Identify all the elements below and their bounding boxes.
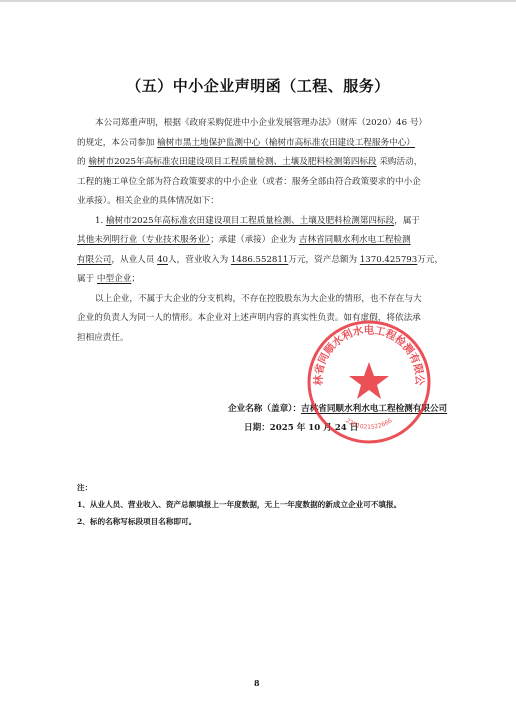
note-item-2: 2、标的名称写标段项目名称即可。 [77, 513, 401, 530]
declaration-body: 本公司郑重声明，根据《政府采购促进中小企业发展管理办法》（财库（2020）46 … [77, 114, 437, 348]
revenue-value: 1486.552811 [231, 255, 288, 265]
signature-date: 日期：2025 年 10 月 24 日 [228, 419, 447, 438]
project-name: 榆树市2025年高标准农田建设项目工程质量检测、土壤及肥料检测第四标段 [88, 157, 376, 167]
statement-line-3: 担相应责任。 [77, 329, 437, 349]
text-segment: 采购活动， [377, 157, 423, 167]
company-signature-line: 企业名称（盖章）：吉林省同顺水利水电工程检测有限公司 [228, 400, 447, 419]
purchaser-name: 榆树市黑土地保护监测中心（榆树市高标准农田建设工程服务中心） [157, 138, 415, 148]
top-border [0, 0, 516, 2]
item1-line-1: 1. 榆树市2025年高标准农田建设项目工程质量检测、土壤及肥料检测第四标段，属… [77, 212, 437, 232]
declaration-line-5: 业承接）。相关企业的具体情况如下： [77, 192, 437, 212]
company-name-part2: 有限公司 [77, 255, 111, 265]
industry: 其他未列明行业（专业技术服务业） [77, 235, 210, 245]
text-segment: ；承建（承接）企业为 [210, 235, 299, 245]
document-title: （五）中小企业声明函（工程、服务） [0, 75, 516, 96]
declaration-line-1: 本公司郑重声明，根据《政府采购促进中小企业发展管理办法》（财库（2020）46 … [77, 114, 437, 134]
employee-count: 40 [157, 255, 168, 265]
signature-company: 吉林省同顺水利水电工程检测有限公司 [301, 404, 447, 414]
signature-block: 企业名称（盖章）：吉林省同顺水利水电工程检测有限公司 日期：2025 年 10 … [228, 400, 447, 438]
notes-section: 注： 1、从业人员、营业收入、资产总额填报上一年度数据，无上一年度数据的新成立企… [77, 479, 401, 530]
statement-line-1: 以上企业，不属于大企业的分支机构，不存在控股股东为大企业的情形，也不存在与大 [77, 290, 437, 310]
text-segment: 属于 [77, 274, 97, 284]
text-segment: ； [131, 274, 140, 284]
text-segment: 万元， [417, 255, 443, 265]
signature-label: 企业名称（盖章）： [228, 404, 301, 414]
text-segment: 的 [77, 157, 88, 167]
item-number: 1. [95, 216, 106, 226]
text-segment: 万元，资产总额为 [288, 255, 359, 265]
star-icon [349, 362, 389, 399]
declaration-line-4: 工程的施工单位全部为符合政策要求的中小企业（或者：服务全部由符合政策要求的中小企 [77, 173, 437, 193]
text-segment: 人，营业收入为 [168, 255, 231, 265]
text-segment: 的规定，本公司参加 [77, 138, 157, 148]
notes-heading: 注： [77, 479, 401, 496]
text-segment: ，属于 [394, 216, 420, 226]
company-name-part1: 吉林省同顺水利水电工程检测 [299, 235, 411, 245]
enterprise-size: 中型企业 [97, 274, 131, 284]
page-number: 8 [254, 678, 260, 688]
statement-line-2: 企业的负责人为同一人的情形。本企业对上述声明内容的真实性负责。如有虚假，将依法承 [77, 309, 437, 329]
assets-value: 1370.425793 [360, 255, 417, 265]
text-segment: ，从业人员 [111, 255, 157, 265]
item1-line-4: 属于 中型企业； [77, 270, 437, 290]
item1-line-3: 有限公司，从业人员 40人，营业收入为 1486.552811万元，资产总额为 … [77, 251, 437, 271]
note-item-1: 1、从业人员、营业收入、资产总额填报上一年度数据，无上一年度数据的新成立企业可不… [77, 496, 401, 513]
item1-line-2: 其他未列明行业（专业技术服务业）；承建（承接）企业为 吉林省同顺水利水电工程检测 [77, 231, 437, 251]
lot-name: 榆树市2025年高标准农田建设项目工程质量检测、土壤及肥料检测第四标段 [106, 216, 394, 226]
declaration-line-2: 的规定，本公司参加 榆树市黑土地保护监测中心（榆树市高标准农田建设工程服务中心） [77, 134, 437, 154]
declaration-line-3: 的 榆树市2025年高标准农田建设项目工程质量检测、土壤及肥料检测第四标段 采购… [77, 153, 437, 173]
